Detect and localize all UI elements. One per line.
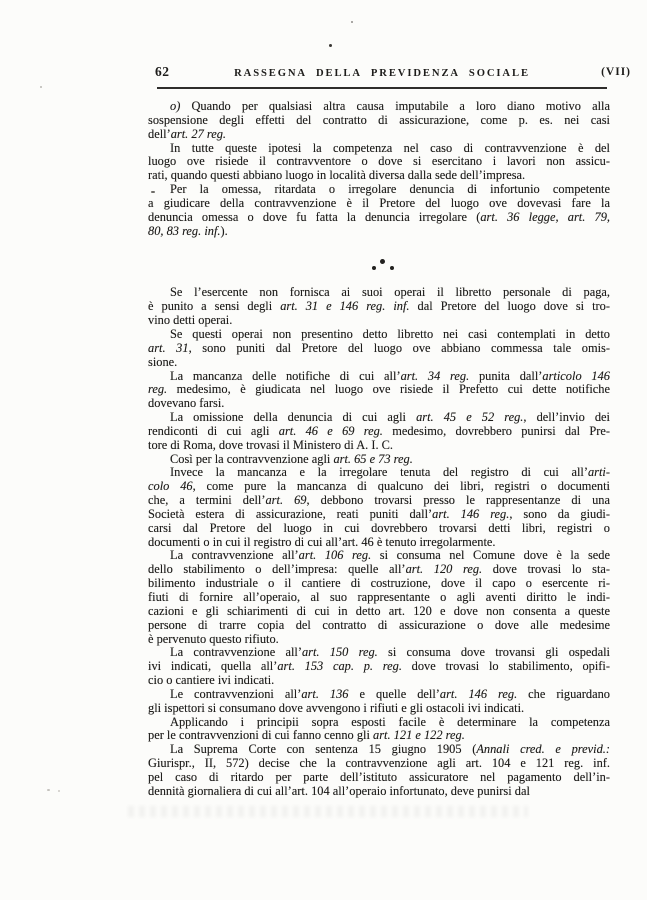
paragraph: Così per la contravvenzione agli art. 65… (148, 453, 610, 467)
italic-citation: art. 146 reg. (432, 507, 509, 521)
body-text: Per la omessa, ritardata o irregolare de… (170, 182, 610, 196)
body-text: bilimento industriale o il cantiere di c… (148, 576, 610, 590)
italic-citation: art. 150 reg. (302, 645, 378, 659)
body-text: è punito a sensi degli (148, 299, 280, 313)
body-text: medesimo, dovrebbero punirsi dal Pre- (383, 424, 610, 438)
text-line: luogo ove risiede il contravventore o do… (148, 155, 610, 169)
body-text: La contravvenzione all’ (170, 548, 299, 562)
body-text: Se l’esercente non fornisca ai suoi oper… (170, 285, 610, 299)
asterism-dot (372, 266, 376, 270)
text-line: Invece la mancanza e la irregolare tenut… (148, 466, 610, 480)
paragraph: Applicando i principii sopra esposti fac… (148, 716, 610, 744)
text-line: La contravvenzione all’art. 106 reg. si … (148, 549, 610, 563)
paragraph: La Suprema Corte con sentenza 15 giugno … (148, 743, 610, 798)
body-text: vino detti operai. (148, 313, 232, 327)
body-text: cio o cantiere ivi indicati. (148, 673, 274, 687)
italic-citation: art. 120 reg. (406, 562, 483, 576)
text-line: Le contravvenzioni all’art. 136 e quelle… (148, 688, 610, 702)
text-line: tore di Roma, dove trovasi il Ministero … (148, 439, 610, 453)
body-text: che, a termini dell’ (148, 493, 265, 507)
text-line: rati, quando questi abbiano luogo in loc… (148, 169, 610, 183)
text-line: è punito a sensi degli art. 31 e 146 reg… (148, 300, 610, 314)
text-line: In tutte queste ipotesi la competenza ne… (148, 142, 610, 156)
ink-speck (151, 191, 155, 193)
italic-citation: articolo 146 (542, 369, 610, 383)
body-text: Giurispr., II, 572) decise che la contra… (148, 756, 610, 770)
paragraph: Le contravvenzioni all’art. 136 e quelle… (148, 688, 610, 716)
body-text: Applicando i principii sopra esposti fac… (170, 715, 610, 729)
page-body: o) Quando per qualsiasi altra causa impu… (148, 100, 610, 799)
text-line: ivi indicati, quella all’art. 153 cap. p… (148, 660, 610, 674)
text-line: dello stabilimento o dell’impresa: quell… (148, 563, 610, 577)
body-text: dennità giornaliera di cui all’art. 104 … (148, 784, 530, 798)
text-line: cazioni e gli schiarimenti di cui in det… (148, 605, 610, 619)
body-text: è pervenuto questo rifiuto. (148, 632, 279, 646)
italic-citation: arti- (588, 465, 610, 479)
italic-citation: Annali cred. e previd.: (476, 742, 610, 756)
body-text: Società estera di assicurazione, reati p… (148, 507, 432, 521)
page-header: 62 RASSEGNA DELLA PREVIDENZA SOCIALE (VI… (157, 63, 607, 89)
body-text: per le contravvenzioni di cui fanno cenn… (148, 728, 373, 742)
body-text: ivi indicati, quella all’ (148, 659, 277, 673)
body-text: fiuti di fornire all’operaio, al suo rap… (148, 590, 610, 604)
italic-citation: art. 106 reg. (299, 548, 372, 562)
text-line: Per la omessa, ritardata o irregolare de… (148, 183, 610, 197)
body-text: sospensione degli effetti del contratto … (148, 113, 610, 127)
text-line: persone di trarre copia del contratto di… (148, 619, 610, 633)
body-text: a giudicare della contravvenzione è il P… (148, 196, 610, 210)
body-text: dal Pretore del luogo dove si tro- (410, 299, 610, 313)
body-text: La mancanza delle notifiche di cui all’ (170, 369, 401, 383)
italic-citation: art. 121 e 122 reg. (373, 728, 465, 742)
body-text: Se questi operai non presentino detto li… (170, 327, 610, 341)
body-text: , debbono trovarsi presso le rappresenta… (307, 493, 611, 507)
body-text: gli ispettori si consumano dove avvengon… (148, 701, 524, 715)
text-line: denuncia omessa o dove fu fatta la denun… (148, 211, 610, 225)
italic-citation: 80, 83 reg. inf. (148, 224, 221, 238)
text-line: colo 46, come pure la mancanza di qualcu… (148, 480, 610, 494)
text-line: fiuti di fornire all’operaio, al suo rap… (148, 591, 610, 605)
body-text: documenti o in cui il registro di cui al… (148, 535, 496, 549)
text-line: che, a termini dell’art. 69, debbono tro… (148, 494, 610, 508)
text-line: Se questi operai non presentino detto li… (148, 328, 610, 342)
text-line: cio o cantiere ivi indicati. (148, 674, 610, 688)
paragraph: La omissione della denuncia di cui agli … (148, 411, 610, 453)
text-line: o) Quando per qualsiasi altra causa impu… (148, 100, 610, 114)
italic-citation: art. 153 cap. p. reg. (277, 659, 402, 673)
body-text: Le contravvenzioni all’ (170, 687, 301, 701)
ink-speck (329, 44, 332, 47)
text-line: La mancanza delle notifiche di cui all’a… (148, 370, 610, 384)
scanned-document-page: 62 RASSEGNA DELLA PREVIDENZA SOCIALE (VI… (0, 0, 647, 900)
text-line: Così per la contravvenzione agli art. 65… (148, 453, 610, 467)
text-line: reg. medesimo, è giudicata nel luogo ove… (148, 383, 610, 397)
body-text: luogo ove risiede il contravventore o do… (148, 154, 610, 168)
asterism-dot (380, 259, 385, 264)
journal-title: RASSEGNA DELLA PREVIDENZA SOCIALE (157, 68, 607, 79)
paragraph: o) Quando per qualsiasi altra causa impu… (148, 100, 610, 142)
text-line: Se l’esercente non fornisca ai suoi oper… (148, 286, 610, 300)
body-text: sione. (148, 355, 177, 369)
body-text: La Suprema Corte con sentenza 15 giugno … (170, 742, 476, 756)
ink-speck (351, 21, 353, 23)
italic-citation: art. 146 reg. (440, 687, 517, 701)
italic-citation: art. 27 reg. (171, 127, 226, 141)
paragraph: Invece la mancanza e la irregolare tenut… (148, 466, 610, 549)
text-line: documenti o in cui il registro di cui al… (148, 536, 610, 550)
italic-citation: art. 34 reg. (401, 369, 470, 383)
text-line: è pervenuto questo rifiuto. (148, 633, 610, 647)
text-line: dovevano farsi. (148, 397, 610, 411)
text-line: vino detti operai. (148, 314, 610, 328)
text-line: carsi dal Pretore del luogo in cui dovre… (148, 522, 610, 536)
body-text: Invece la mancanza e la irregolare tenut… (170, 465, 588, 479)
text-line: La omissione della denuncia di cui agli … (148, 411, 610, 425)
paragraph: La contravvenzione all’art. 150 reg. si … (148, 646, 610, 688)
body-text: La contravvenzione all’ (170, 645, 302, 659)
body-text: Quando per qualsiasi altra causa imputab… (180, 99, 610, 113)
text-line: a giudicare della contravvenzione è il P… (148, 197, 610, 211)
italic-citation: art. 46 e 69 reg. (279, 424, 383, 438)
text-line: dennità giornaliera di cui all’art. 104 … (148, 785, 610, 799)
body-text: carsi dal Pretore del luogo in cui dovre… (148, 521, 610, 535)
body-text: e quelle dell’ (348, 687, 439, 701)
text-line: dell’art. 27 reg. (148, 128, 610, 142)
body-text: denuncia omessa o dove fu fatta la denun… (148, 210, 480, 224)
paragraph: La contravvenzione all’art. 106 reg. si … (148, 549, 610, 646)
paragraph: Se questi operai non presentino detto li… (148, 328, 610, 370)
text-line: pel caso di ritardo per parte dell’istit… (148, 771, 610, 785)
italic-citation: art. 31 (148, 341, 189, 355)
ink-speck (40, 86, 42, 88)
text-line: Applicando i principii sopra esposti fac… (148, 716, 610, 730)
italic-citation: art. 31 e 146 reg. inf. (280, 299, 409, 313)
body-text: rati, quando questi abbiano luogo in loc… (148, 168, 525, 182)
italic-citation: colo 46 (148, 479, 193, 493)
body-text: pel caso di ritardo per parte dell’istit… (148, 770, 610, 784)
italic-citation: art. 136 (301, 687, 348, 701)
text-line: rendiconti di cui agli art. 46 e 69 reg.… (148, 425, 610, 439)
text-line: Società estera di assicurazione, reati p… (148, 508, 610, 522)
text-line: sospensione degli effetti del contratto … (148, 114, 610, 128)
text-line: per le contravvenzioni di cui fanno cenn… (148, 729, 610, 743)
text-line: La Suprema Corte con sentenza 15 giugno … (148, 743, 610, 757)
italic-citation: art. 69 (265, 493, 306, 507)
body-text: punita dall’ (469, 369, 542, 383)
section-separator-asterism (148, 238, 610, 286)
text-line: 80, 83 reg. inf.). (148, 225, 610, 239)
body-text: Così per la contravvenzione agli (170, 452, 333, 466)
body-text: rendiconti di cui agli (148, 424, 279, 438)
italic-citation: art. 36 legge, art. 79, (480, 210, 610, 224)
body-text: , dell’invio dei (523, 410, 610, 424)
body-text: ). (221, 224, 228, 238)
paragraph: Per la omessa, ritardata o irregolare de… (148, 183, 610, 238)
issue-number: (VII) (601, 66, 631, 78)
ink-speck (47, 789, 50, 791)
text-line: sione. (148, 356, 610, 370)
paragraph: Se l’esercente non fornisca ai suoi oper… (148, 286, 610, 328)
italic-citation: o) (170, 99, 180, 113)
body-text: dove trovasi lo stabilimento, opifi- (402, 659, 610, 673)
ink-speck (58, 790, 60, 792)
body-text: persone di trarre copia del contratto di… (148, 618, 610, 632)
text-line: art. 31, sono puniti dal Pretore del luo… (148, 342, 610, 356)
text-line: bilimento industriale o il cantiere di c… (148, 577, 610, 591)
text-line: La contravvenzione all’art. 150 reg. si … (148, 646, 610, 660)
body-text: In tutte queste ipotesi la competenza ne… (170, 141, 610, 155)
body-text: si consuma dove trovansi gli ospedali (378, 645, 610, 659)
asterism-dot (390, 266, 394, 270)
text-line: gli ispettori si consumano dove avvengon… (148, 702, 610, 716)
body-text: dello stabilimento o dell’impresa: quell… (148, 562, 406, 576)
body-text: che riguardano (517, 687, 610, 701)
body-text: dovevano farsi. (148, 396, 224, 410)
paragraph: La mancanza delle notifiche di cui all’a… (148, 370, 610, 412)
body-text: La omissione della denuncia di cui agli (170, 410, 416, 424)
italic-citation: art. 45 e 52 reg. (416, 410, 523, 424)
body-text: si consuma nel Comune dove è la sede (371, 548, 610, 562)
body-text: , come pure la mancanza di qualcuno dei … (193, 479, 610, 493)
body-text: cazioni e gli schiarimenti di cui in det… (148, 604, 610, 618)
body-text: dove trovasi lo sta- (482, 562, 610, 576)
body-text: tore di Roma, dove trovasi il Ministero … (148, 438, 393, 452)
page-bleedthrough-ghost (128, 806, 528, 817)
text-line: Giurispr., II, 572) decise che la contra… (148, 757, 610, 771)
paragraph: In tutte queste ipotesi la competenza ne… (148, 142, 610, 184)
body-text: dell’ (148, 127, 171, 141)
body-text: medesimo, è giudicata nel luogo ove risi… (167, 382, 610, 396)
italic-citation: art. 65 e 73 reg. (333, 452, 412, 466)
body-text: , sono puniti dal Pretore del luogo ove … (189, 341, 610, 355)
body-text: , sono da giudi- (509, 507, 610, 521)
italic-citation: reg. (148, 382, 167, 396)
